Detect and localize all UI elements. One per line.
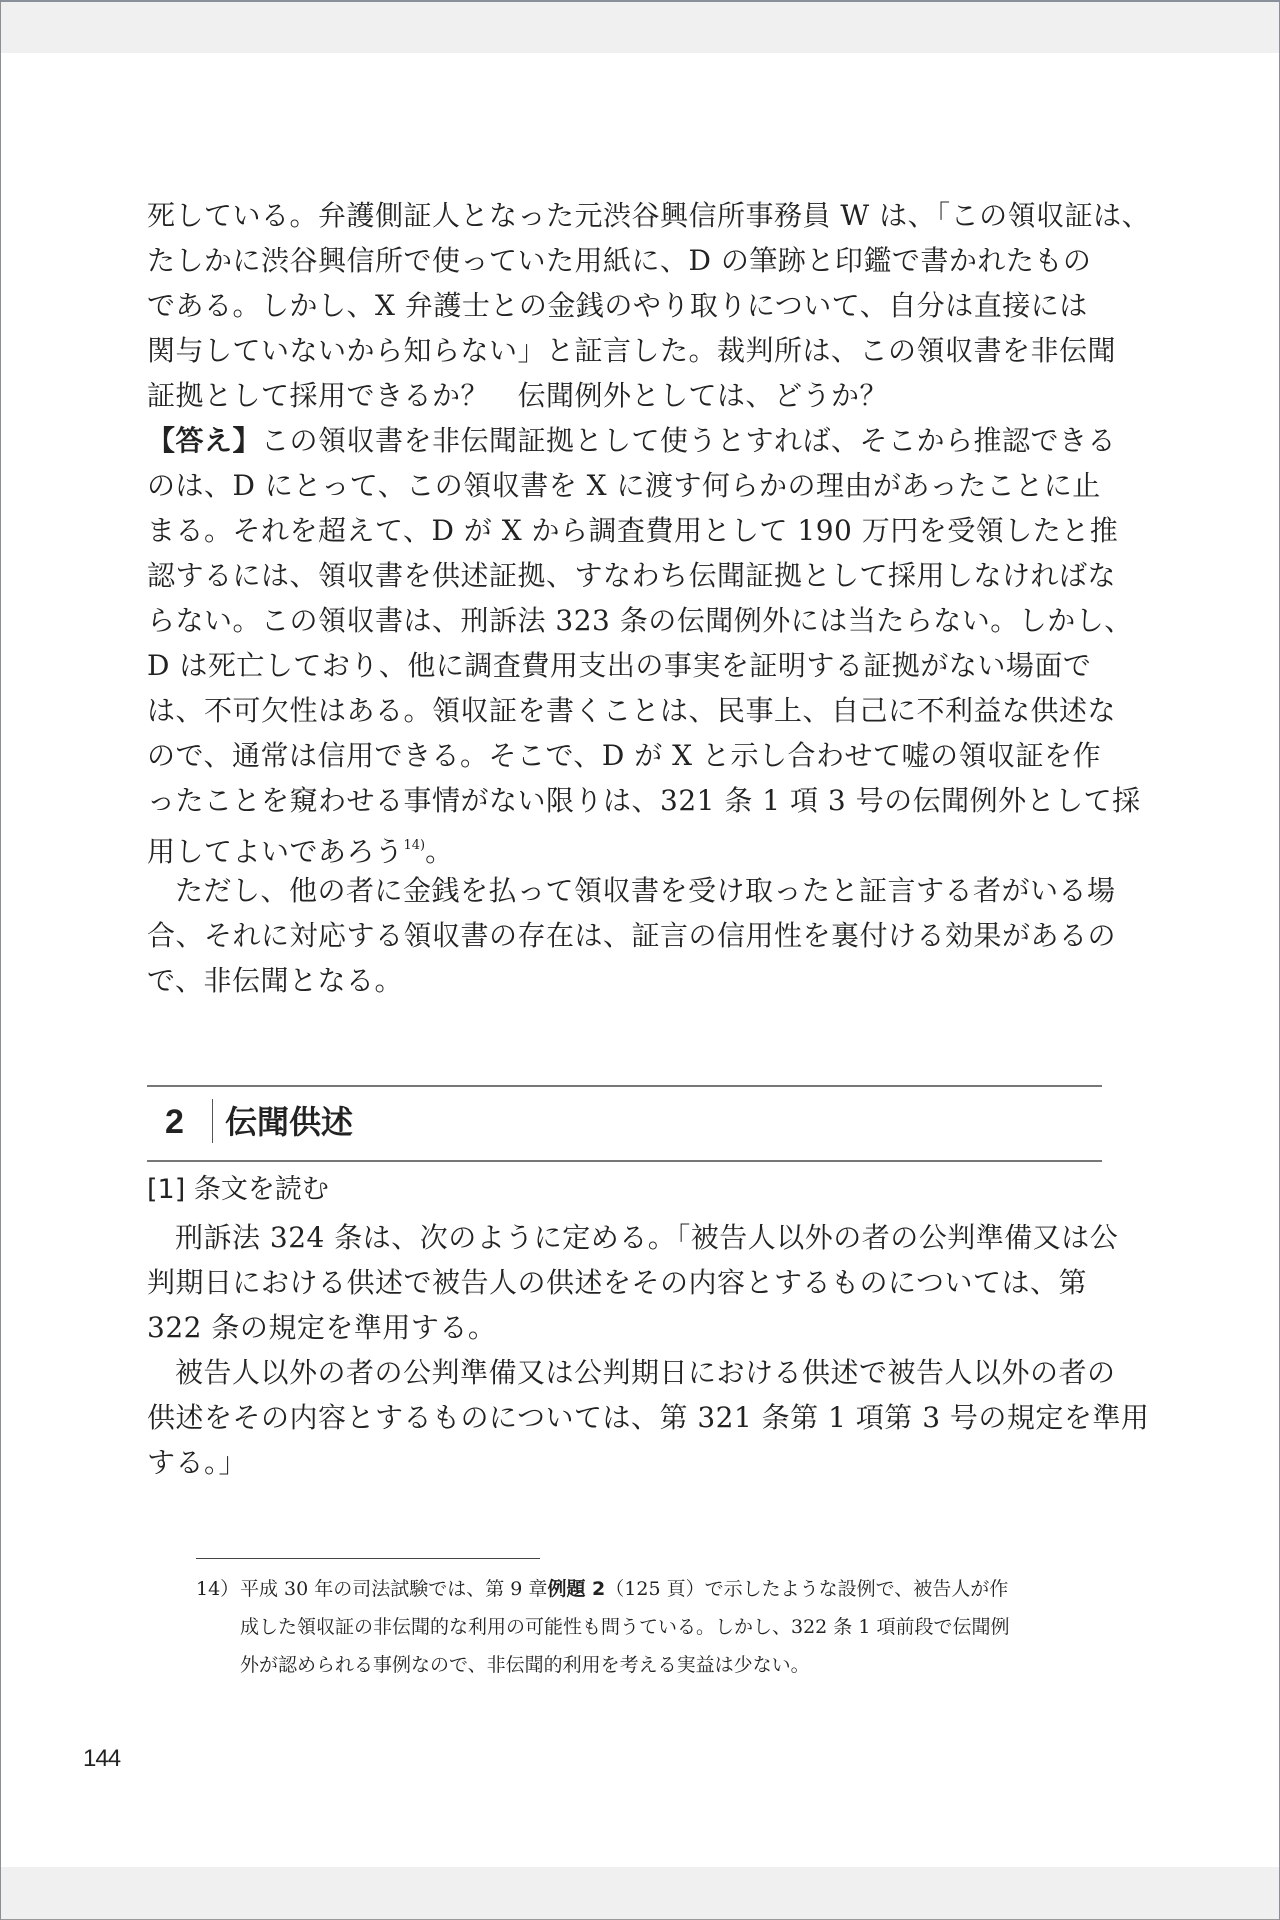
answer-label: 【答え】 — [147, 424, 261, 457]
text-line: らない。この領収書は、刑訴法 323 条の伝聞例外には当たらない。しかし、 — [147, 598, 1102, 643]
text-line: たしかに渋谷興信所で使っていた用紙に、D の筆跡と印鑑で書かれたもの — [147, 238, 1102, 283]
subheading: [1] 条文を読む — [147, 1168, 329, 1212]
text-line: 被告人以外の者の公判準備又は公判期日における供述で被告人以外の者の — [147, 1350, 1102, 1395]
text-line: 認するには、領収書を供述証拠、すなわち伝聞証拠として採用しなければな — [147, 553, 1102, 598]
text-line: で、非伝聞となる。 — [147, 958, 1102, 1003]
footnote-14: 14）平成 30 年の司法試験では、第 9 章例題 2（125 頁）で示したよう… — [196, 1570, 1101, 1684]
text-line: のは、D にとって、この領収書を X に渡す何らかの理由があったことに止 — [147, 463, 1102, 508]
viewer-top-margin — [1, 2, 1279, 53]
text-line: 322 条の規定を準用する。 — [147, 1305, 1102, 1350]
footnote-rule — [196, 1558, 540, 1559]
text-line: D は死亡しており、他に調査費用支出の事実を証明する証拠がない場面で — [147, 643, 1102, 688]
text-line: 合、それに対応する領収書の存在は、証言の信用性を裏付ける効果があるの — [147, 913, 1102, 958]
text-line: 関与していないから知らない」と証言した。裁判所は、この領収書を非伝聞 — [147, 328, 1102, 373]
footnote-emphasis: 例題 2 — [547, 1578, 605, 1600]
text-line: である。しかし、X 弁護士との金銭のやり取りについて、自分は直接には — [147, 283, 1102, 328]
text-line: 用してよいであろう14)。 — [147, 823, 1102, 868]
text-line: 証拠として採用できるか？ 伝聞例外としては、どうか？ — [147, 373, 1102, 418]
text-line: する。」 — [147, 1440, 1102, 1485]
footnote-number: 14） — [196, 1570, 240, 1608]
section-heading: 2 伝聞供述 — [147, 1085, 1102, 1162]
text-line: まる。それを超えて、D が X から調査費用として 190 万円を受領したと推 — [147, 508, 1102, 553]
text-line: は、不可欠性はある。領収証を書くことは、民事上、自己に不利益な供述な — [147, 688, 1102, 733]
text-line: 刑訴法 324 条は、次のように定める。「被告人以外の者の公判準備又は公 — [147, 1215, 1102, 1260]
text-line: ので、通常は信用できる。そこで、D が X と示し合わせて嘘の領収証を作 — [147, 733, 1102, 778]
answer-line: 【答え】この領収書を非伝聞証拠として使うとすれば、そこから推認できる — [147, 418, 1102, 463]
body-text-top: 死している。弁護側証人となった元渋谷興信所事務員 W は、「この領収証は、 たし… — [147, 193, 1102, 1003]
text-line: 供述をその内容とするものについては、第 321 条第 1 項第 3 号の規定を準… — [147, 1395, 1102, 1440]
text-line: 判期日における供述で被告人の供述をその内容とするものについては、第 — [147, 1260, 1102, 1305]
section-title: 伝聞供述 — [225, 1100, 353, 1144]
viewer-bottom-margin — [1, 1867, 1279, 1920]
body-text-bottom: 刑訴法 324 条は、次のように定める。「被告人以外の者の公判準備又は公 判期日… — [147, 1215, 1102, 1485]
text-line: ったことを窺わせる事情がない限りは、321 条 1 項 3 号の伝聞例外として採 — [147, 778, 1102, 823]
section-number: 2 — [165, 1101, 184, 1143]
text-line: 死している。弁護側証人となった元渋谷興信所事務員 W は、「この領収証は、 — [147, 193, 1102, 238]
footnote-ref[interactable]: 14) — [404, 838, 426, 853]
section-divider — [212, 1099, 213, 1143]
page-number: 144 — [83, 1745, 120, 1773]
text-line: ただし、他の者に金銭を払って領収書を受け取ったと証言する者がいる場 — [147, 868, 1102, 913]
